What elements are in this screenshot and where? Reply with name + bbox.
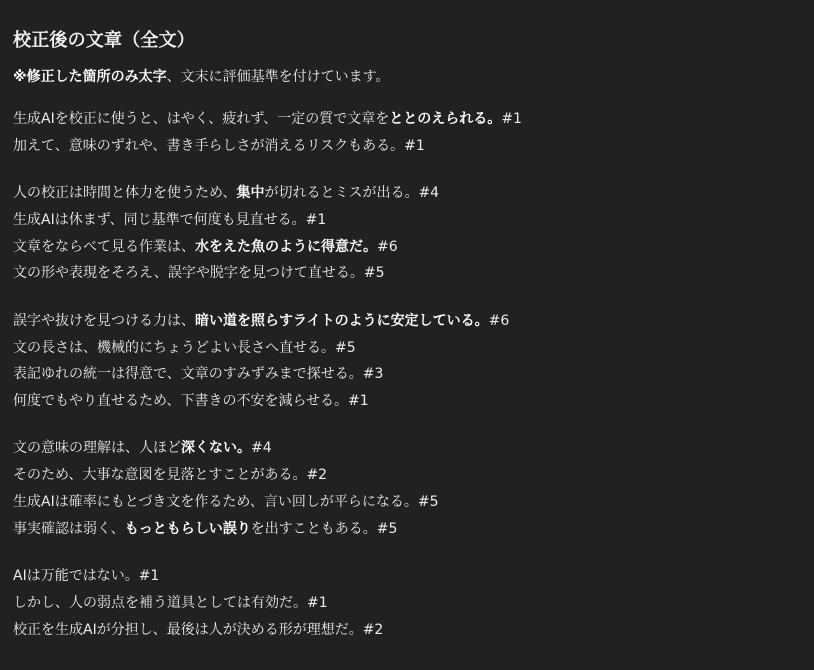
text-segment: 人の校正は時間と体力を使うため、	[13, 185, 236, 201]
paragraph: 文の意味の理解は、人ほど深くない。#4そのため、大事な意図を見落とすことがある。…	[13, 435, 814, 542]
text-segment: そのため、大事な意図を見落とすことがある。#2	[13, 467, 327, 483]
sentence-line: 校正を生成AIが分担し、最後は人が決める形が理想だ。#2	[13, 617, 814, 644]
corrected-text: ととのえられる。	[389, 111, 501, 127]
text-segment: 生成AIを校正に使うと、はやく、疲れず、一定の質で文章を	[13, 111, 389, 127]
paragraph: 誤字や抜けを見つける力は、暗い道を照らすライトのように安定している。#6文の長さ…	[13, 308, 814, 415]
text-segment: #4	[251, 440, 272, 456]
sentence-line: しかし、人の弱点を補う道具としては有効だ。#1	[13, 590, 814, 617]
text-segment: 表記ゆれの統一は得意で、文章のすみずみまで探せる。#3	[13, 366, 383, 382]
sentence-line: 文章をならべて見る作業は、水をえた魚のように得意だ。#6	[13, 234, 814, 261]
text-segment: #6	[489, 313, 510, 329]
text-segment: 生成AIは確率にもとづき文を作るため、言い回しが平らになる。#5	[13, 494, 439, 510]
paragraph: 人の校正は時間と体力を使うため、集中が切れるとミスが出る。#4生成AIは休まず、…	[13, 180, 814, 287]
sentence-line: 表記ゆれの統一は得意で、文章のすみずみまで探せる。#3	[13, 361, 814, 388]
text-segment: 生成AIは休まず、同じ基準で何度も見直せる。#1	[13, 212, 326, 228]
sentence-line: 何度でもやり直せるため、下書きの不安を減らせる。#1	[13, 388, 814, 415]
text-segment: 加えて、意味のずれや、書き手らしさが消えるリスクもある。#1	[13, 138, 425, 154]
note-rest: 、文末に評価基準を付けています。	[167, 69, 390, 85]
note-bold: ※修正した箇所のみ太字	[13, 69, 167, 85]
sentence-line: 生成AIを校正に使うと、はやく、疲れず、一定の質で文章をととのえられる。#1	[13, 106, 814, 133]
text-segment: 事実確認は弱く、	[13, 521, 125, 537]
sentence-line: AIは万能ではない。#1	[13, 563, 814, 590]
sentence-line: 事実確認は弱く、もっともらしい誤りを出すこともある。#5	[13, 516, 814, 543]
corrected-text: 暗い道を照らすライトのように安定している。	[195, 313, 489, 329]
paragraph: 生成AIを校正に使うと、はやく、疲れず、一定の質で文章をととのえられる。#1加え…	[13, 106, 814, 160]
corrected-text: 水をえた魚のように得意だ。	[195, 239, 377, 255]
text-segment: を出すこともある。#5	[251, 521, 398, 537]
paragraph: AIは万能ではない。#1しかし、人の弱点を補う道具としては有効だ。#1校正を生成…	[13, 563, 814, 643]
text-segment: 文章をならべて見る作業は、	[13, 239, 195, 255]
note-line: ※修正した箇所のみ太字、文末に評価基準を付けています。	[13, 64, 814, 90]
paragraphs: 生成AIを校正に使うと、はやく、疲れず、一定の質で文章をととのえられる。#1加え…	[13, 106, 814, 644]
text-segment: #1	[501, 111, 522, 127]
corrected-text: 集中	[236, 185, 264, 201]
text-segment: 校正を生成AIが分担し、最後は人が決める形が理想だ。#2	[13, 622, 383, 638]
sentence-line: 人の校正は時間と体力を使うため、集中が切れるとミスが出る。#4	[13, 180, 814, 207]
sentence-line: 文の長さは、機械的にちょうどよい長さへ直せる。#5	[13, 335, 814, 362]
text-segment: 文の長さは、機械的にちょうどよい長さへ直せる。#5	[13, 340, 356, 356]
corrected-text: 深くない。	[181, 440, 251, 456]
text-segment: 文の意味の理解は、人ほど	[13, 440, 181, 456]
corrected-text: もっともらしい誤り	[125, 521, 251, 537]
sentence-line: 誤字や抜けを見つける力は、暗い道を照らすライトのように安定している。#6	[13, 308, 814, 335]
text-segment: 誤字や抜けを見つける力は、	[13, 313, 195, 329]
text-segment: 文の形や表現をそろえ、誤字や脱字を見つけて直せる。#5	[13, 265, 384, 281]
text-segment: #6	[377, 239, 398, 255]
document: 校正後の文章（全文） ※修正した箇所のみ太字、文末に評価基準を付けています。 生…	[0, 0, 814, 644]
text-segment: が切れるとミスが出る。#4	[264, 185, 439, 201]
sentence-line: 加えて、意味のずれや、書き手らしさが消えるリスクもある。#1	[13, 133, 814, 160]
sentence-line: 生成AIは確率にもとづき文を作るため、言い回しが平らになる。#5	[13, 489, 814, 516]
sentence-line: そのため、大事な意図を見落とすことがある。#2	[13, 462, 814, 489]
sentence-line: 生成AIは休まず、同じ基準で何度も見直せる。#1	[13, 207, 814, 234]
sentence-line: 文の形や表現をそろえ、誤字や脱字を見つけて直せる。#5	[13, 260, 814, 287]
text-segment: しかし、人の弱点を補う道具としては有効だ。#1	[13, 595, 328, 611]
sentence-line: 文の意味の理解は、人ほど深くない。#4	[13, 435, 814, 462]
text-segment: AIは万能ではない。#1	[13, 568, 159, 584]
page-title: 校正後の文章（全文）	[13, 28, 814, 54]
text-segment: 何度でもやり直せるため、下書きの不安を減らせる。#1	[13, 393, 369, 409]
